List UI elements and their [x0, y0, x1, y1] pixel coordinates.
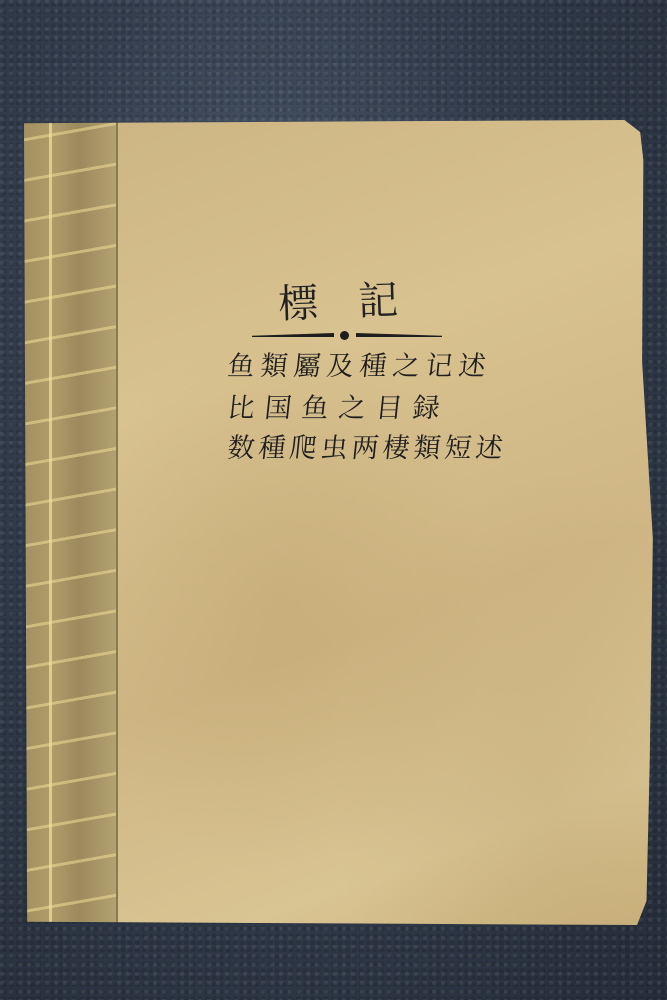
- cover-line-1: 鱼類屬及種之记述: [226, 344, 494, 383]
- cover-line-3: 数種爬虫两棲類短述: [226, 426, 509, 465]
- cover-line-2: 比国鱼之目録: [226, 386, 452, 425]
- book: 標記 鱼類屬及種之记述 比国鱼之目録 数種爬虫两棲類短述: [24, 120, 656, 925]
- title-block: 標記: [258, 270, 458, 339]
- title-underline: [252, 331, 442, 339]
- cover-title: 標記: [257, 267, 459, 331]
- book-cover: 標記 鱼類屬及種之记述 比国鱼之目録 数種爬虫两棲類短述: [118, 120, 656, 925]
- book-spine: [24, 120, 118, 925]
